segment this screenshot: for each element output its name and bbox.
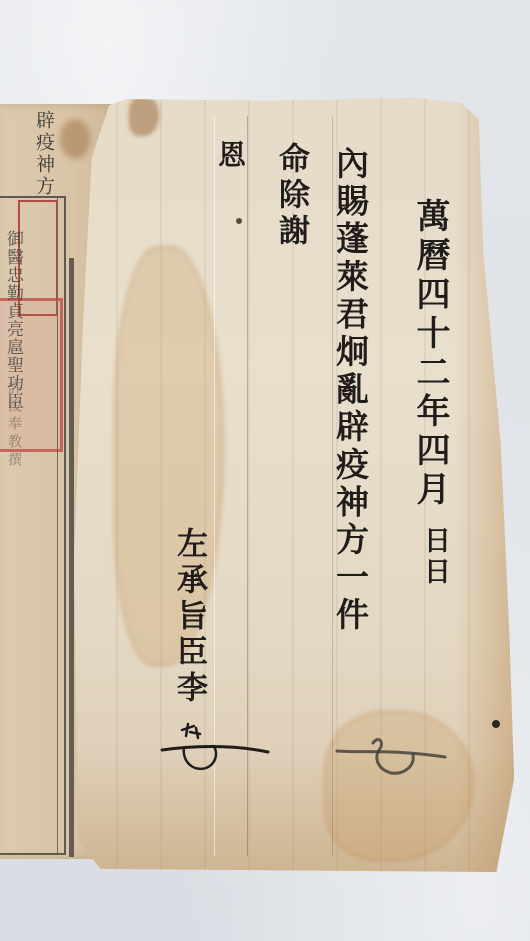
command-column: 命除謝 [272, 142, 310, 250]
signatory-column: 左承旨臣李 [170, 527, 208, 707]
ink-spot [236, 218, 242, 224]
stain [129, 96, 159, 136]
printed-faint-text: 許浚奉教撰 [2, 380, 24, 470]
stain [60, 119, 90, 159]
date-column: 萬曆四十二年四月 [410, 198, 450, 510]
signature-mark-icon [160, 722, 270, 774]
closing-column: 恩 [213, 140, 247, 168]
bestowal-column: 內賜蓬萊君炯亂辟疫神方一件 [330, 146, 370, 635]
flourish-mark-icon [333, 735, 448, 785]
printed-rule [69, 258, 74, 857]
ink-spot [492, 720, 500, 728]
printed-title: 辟疫神方 [28, 110, 58, 198]
date-day-column: 日日 [417, 526, 451, 588]
